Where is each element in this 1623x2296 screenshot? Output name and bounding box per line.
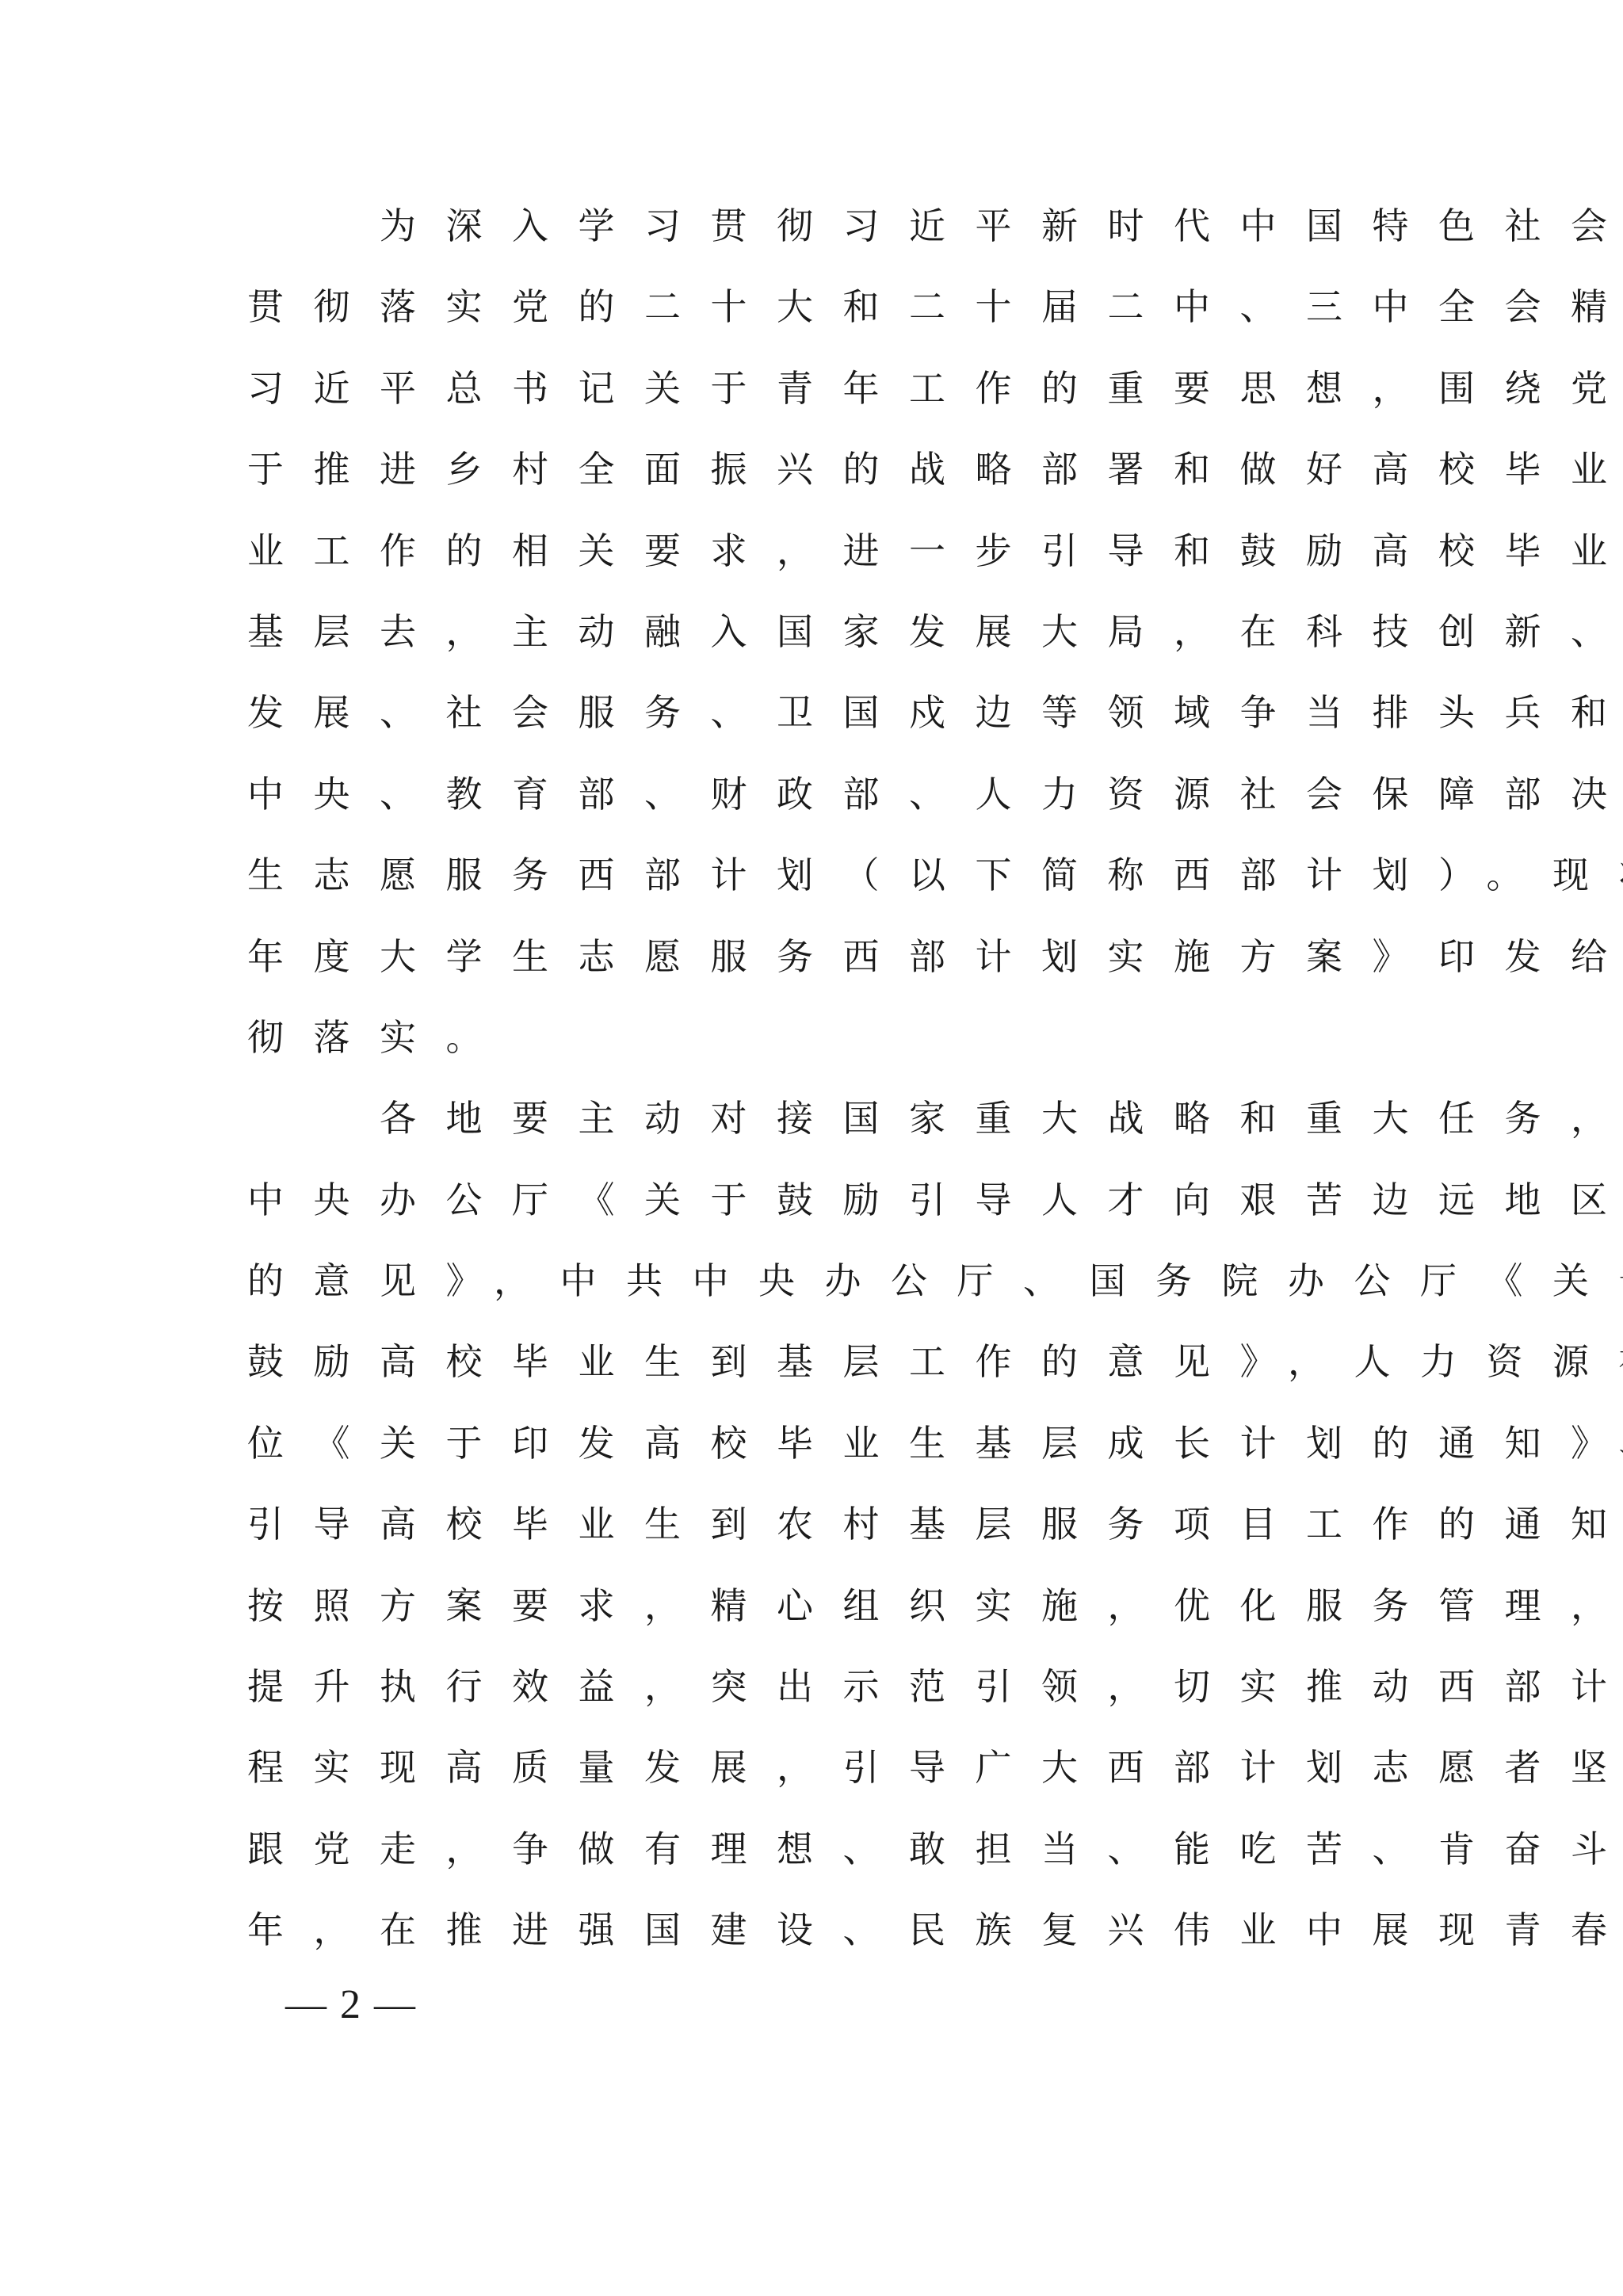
paragraph-2-line-11: 年，在推进强国建设、民族复兴伟业中展现青春作为、彰显青春 — [247, 1889, 1379, 1970]
paragraph-1-line-5: 业工作的相关要求，进一步引导和鼓励高校毕业生到西部去、到 — [247, 510, 1379, 591]
paragraph-1-line-10: 年度大学生志愿服务西部计划实施方案》印发给你们，请认真贯 — [247, 916, 1379, 997]
paragraph-2-line-1: 各地要主动对接国家重大战略和重大任务，全面落实好中共 — [247, 1078, 1379, 1159]
paragraph-2-line-8: 提升执行效益，突出示范引领，切实推动西部计划在新时代新征 — [247, 1646, 1379, 1727]
paragraph-1-line-3: 习近平总书记关于青年工作的重要思想，围绕党中央、国务院关 — [247, 348, 1379, 429]
paragraph-1-line-7: 发展、社会服务、卫国戍边等领域争当排头兵和生力军，共青团 — [247, 672, 1379, 753]
paragraph-1-line-2: 贯彻落实党的二十大和二十届二中、三中全会精神，贯彻落实 — [247, 266, 1379, 347]
paragraph-2-line-7: 按照方案要求，精心组织实施，优化服务管理，加强政策保障， — [247, 1565, 1379, 1646]
paragraph-1-line-4: 于推进乡村全面振兴的战略部署和做好高校毕业生等重点群体就 — [247, 429, 1379, 510]
paragraph-1-line-8: 中央、教育部、财政部、人力资源社会保障部决定继续实施大学 — [247, 754, 1379, 835]
paragraph-2-line-5: 位《关于印发高校毕业生基层成长计划的通知》、《关于统筹实施 — [247, 1403, 1379, 1484]
paragraph-2-line-10: 跟党走，争做有理想、敢担当、能吃苦、肯奋斗的新时代好青 — [247, 1809, 1379, 1889]
document-page: 为深入学习贯彻习近平新时代中国特色社会主义思想，全面 贯彻落实党的二十大和二十届… — [0, 0, 1623, 2296]
paragraph-1-line-11: 彻落实。 — [247, 997, 1379, 1078]
paragraph-2-line-3: 的意见》，中共中央办公厅、国务院办公厅《关于进一步引导和 — [247, 1240, 1379, 1321]
paragraph-2-line-6: 引导高校毕业生到农村基层服务项目工作的通知》等文件精神， — [247, 1484, 1379, 1564]
paragraph-2-line-2: 中央办公厅《关于鼓励引导人才向艰苦边远地区和基层一线流动 — [247, 1159, 1379, 1240]
paragraph-2-line-4: 鼓励高校毕业生到基层工作的意见》，人力资源社会保障部等单 — [247, 1321, 1379, 1402]
paragraph-1-line-9: 生志愿服务西部计划（以下简称西部计划）。现将《2025—2026 — [247, 835, 1379, 915]
document-body: 为深入学习贯彻习近平新时代中国特色社会主义思想，全面 贯彻落实党的二十大和二十届… — [247, 185, 1379, 1971]
paragraph-1-line-1: 为深入学习贯彻习近平新时代中国特色社会主义思想，全面 — [247, 185, 1379, 266]
paragraph-2-line-9: 程实现高质量发展，引导广大西部计划志愿者坚定不移听党话、 — [247, 1727, 1379, 1808]
paragraph-1-line-6: 基层去，主动融入国家发展大局，在科技创新、乡村振兴、绿色 — [247, 591, 1379, 672]
page-number: — 2 — — [285, 1981, 417, 2029]
